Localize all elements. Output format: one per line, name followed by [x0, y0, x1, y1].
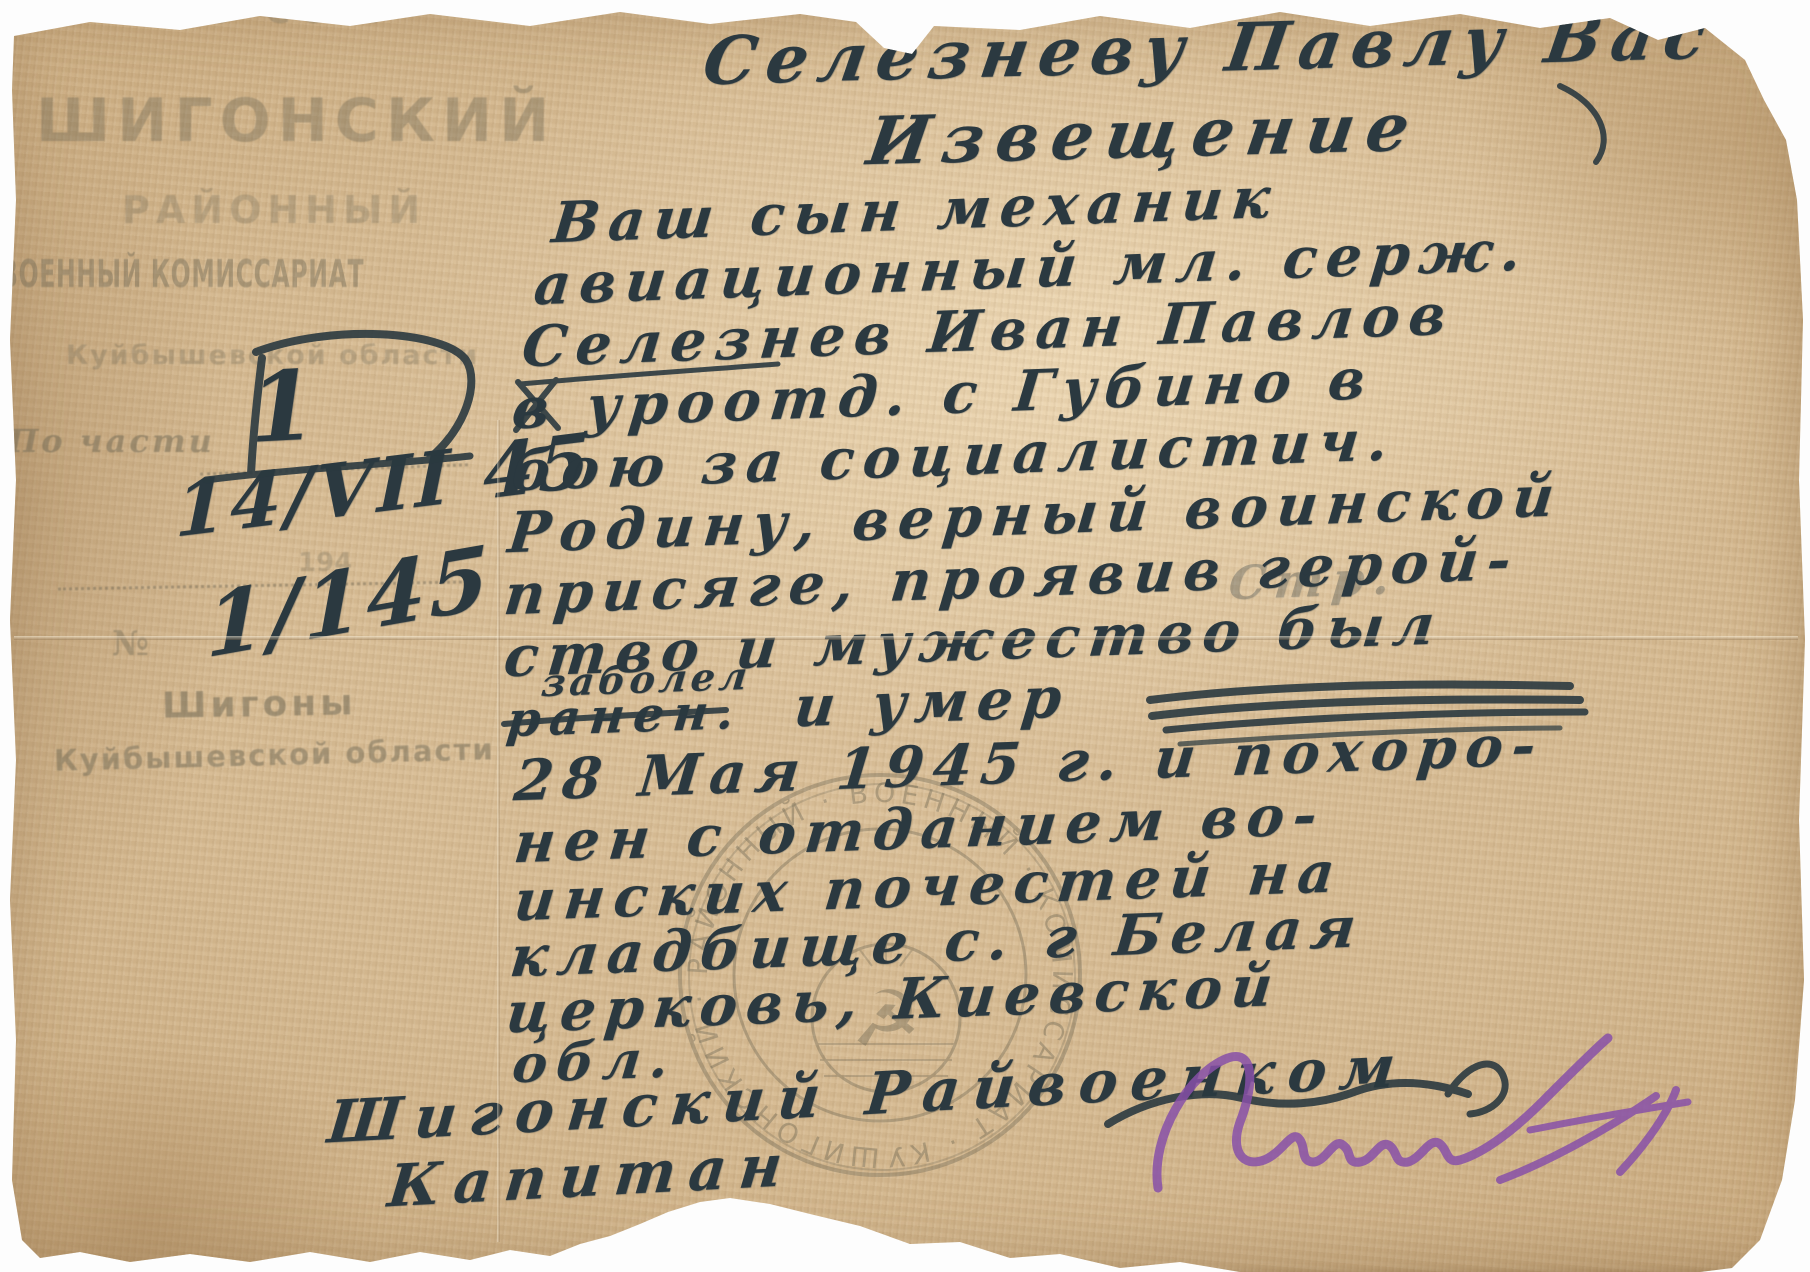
ink-strokes-overlay [0, 0, 1810, 1272]
document-paper: НКО-СССР ШИГОНСКИЙ РАЙОННЫЙ ВОЕННЫЙ КОМИ… [0, 0, 1810, 1272]
signature-ink [1157, 1038, 1688, 1188]
scanned-document: НКО-СССР ШИГОНСКИЙ РАЙОННЫЙ ВОЕННЫЙ КОМИ… [0, 0, 1810, 1272]
